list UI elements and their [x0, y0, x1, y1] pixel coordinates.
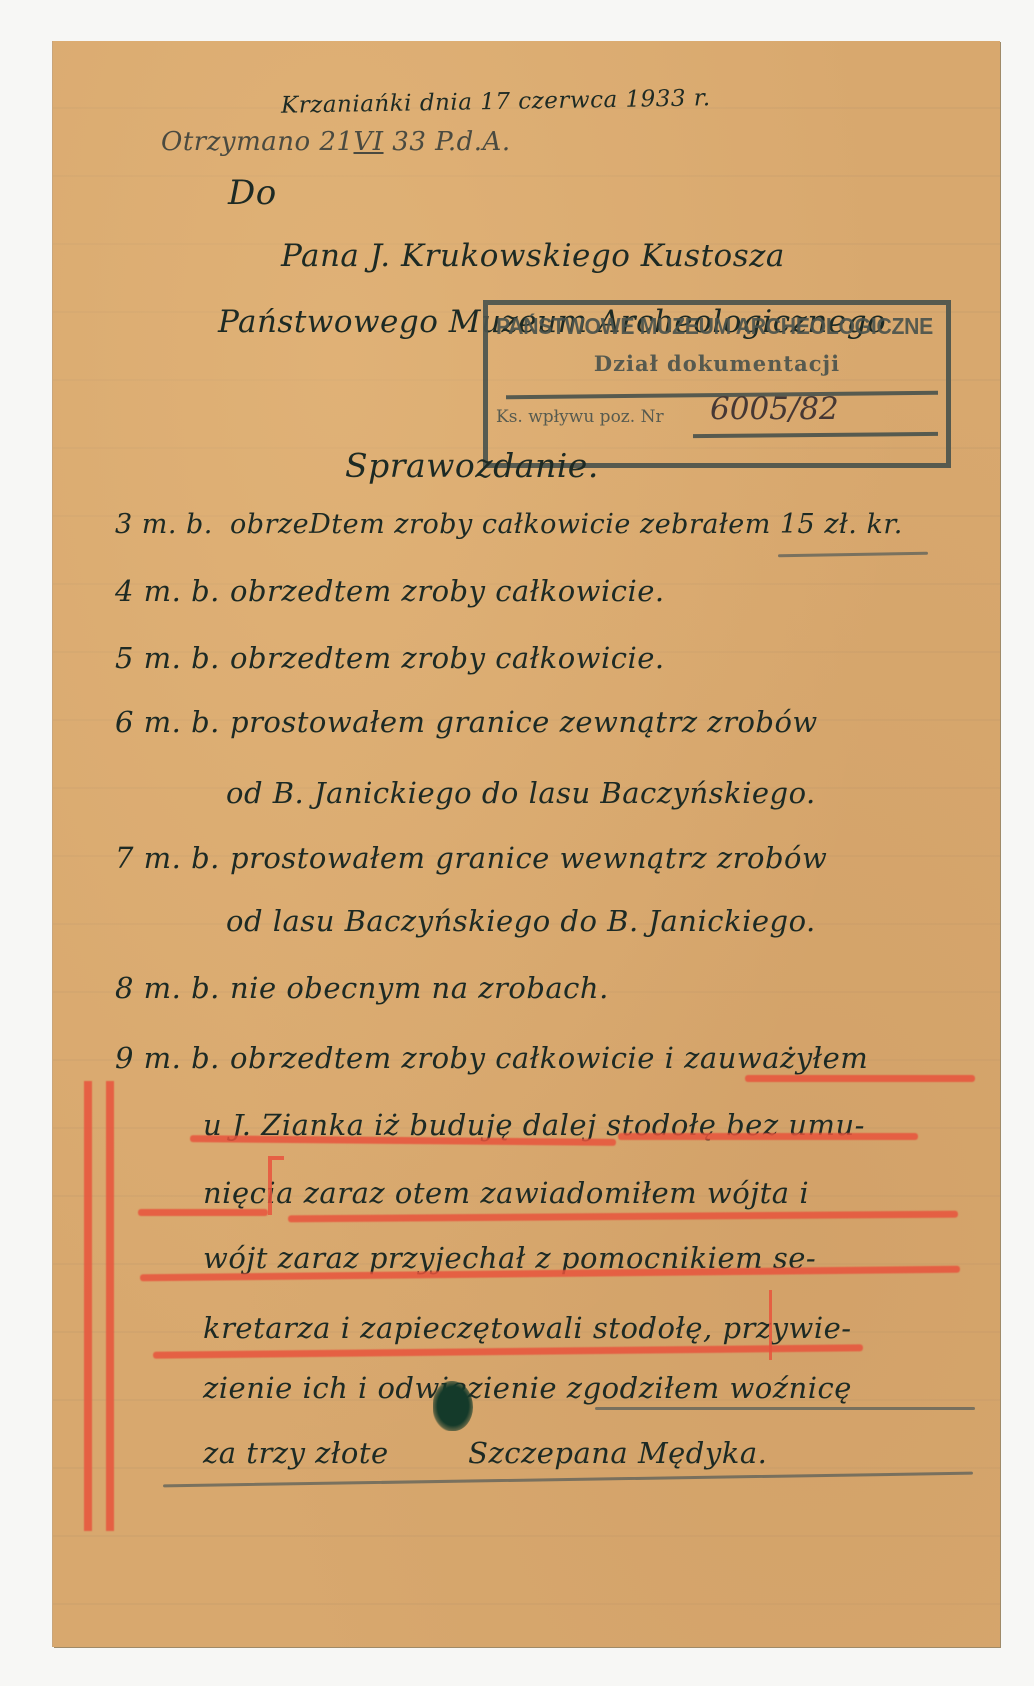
stamp-register-label: Ks. wpływu poz. Nr [496, 407, 664, 427]
final-text-before-blot: za trzy złote [203, 1436, 389, 1470]
entry-7: 7 m. b.prostowałem granice wewnątrz zrob… [115, 841, 827, 875]
entry-text: obrzedtem zroby całkowicie i zauważyłem [230, 1041, 868, 1075]
entry-number: 6 m. b. [115, 705, 230, 739]
red-tick-mark [769, 1290, 772, 1360]
entry-6: 6 m. b.prostowałem granice zewnątrz zrob… [115, 705, 818, 739]
addressee-line-1: Pana J. Krukowskiego Kustosza [281, 238, 785, 274]
ink-blot [433, 1381, 473, 1431]
stamp-number-line [693, 432, 938, 438]
entry-text: obrzedtem zroby całkowicie. [230, 574, 665, 608]
entry-9-line-4: kretarza i zapieczętowali stodołę, przyw… [203, 1311, 852, 1345]
red-bracket-mark [268, 1156, 284, 1215]
red-margin-line-right [106, 1081, 114, 1531]
entry-number: 5 m. b. [115, 641, 230, 675]
received-suffix: 33 P.d.A. [392, 127, 510, 157]
entry-9-line-2: nięcia zaraz otem zawiadomiłem wójta i [203, 1176, 809, 1210]
red-underline [745, 1075, 975, 1082]
entry-number: 8 m. b. [115, 971, 230, 1005]
red-underline [138, 1209, 268, 1216]
entry-number: 4 m. b. [115, 574, 230, 608]
entry-4: 4 m. b.obrzedtem zroby całkowicie. [115, 574, 665, 608]
red-underline [153, 1344, 863, 1358]
pencil-underline [778, 552, 928, 558]
pencil-underline [163, 1472, 973, 1488]
entry-8: 8 m. b.nie obecnym na zrobach. [115, 971, 609, 1005]
received-note: Otrzymano 21VI 33 P.d.A. [161, 127, 511, 157]
received-month: VI [353, 127, 383, 157]
entry-text: obrzeDtem zroby całkowicie zebrałem 15 z… [230, 509, 903, 540]
entry-9: 9 m. b.obrzedtem zroby całkowicie i zauw… [115, 1041, 868, 1075]
report-title: Sprawozdanie. [345, 446, 599, 485]
entry-text: obrzedtem zroby całkowicie. [230, 641, 665, 675]
museum-stamp: PAŃSTWOWE MUZEUM ARCHEOLOGICZNE Dział do… [483, 300, 951, 468]
final-text-after-blot: Szczepana Mędyka. [468, 1436, 767, 1470]
entry-5: 5 m. b.obrzedtem zroby całkowicie. [115, 641, 665, 675]
stamp-institution: PAŃSTWOWE MUZEUM ARCHEOLOGICZNE [496, 313, 933, 340]
stamp-register-number: 6005/82 [710, 391, 839, 427]
entry-number: 7 m. b. [115, 841, 230, 875]
entry-7-continuation: od lasu Baczyńskiego do B. Janickiego. [226, 904, 816, 938]
entry-6-continuation: od B. Janickiego do lasu Baczyńskiego. [226, 776, 816, 810]
entry-9-final-line: za trzy złote Szczepana Mędyka. [203, 1436, 767, 1470]
received-prefix: Otrzymano 21 [161, 127, 353, 157]
entry-number: 9 m. b. [115, 1041, 230, 1075]
red-underline [618, 1133, 918, 1140]
entry-9-line-5: zienie ich i odwiezienie zgodziłem woźni… [203, 1371, 852, 1405]
entry-text: nie obecnym na zrobach. [230, 971, 609, 1005]
salutation: Do [228, 173, 277, 213]
entry-text: prostowałem granice zewnątrz zrobów [230, 705, 818, 739]
stamp-department: Dział dokumentacji [488, 351, 946, 376]
entry-3: 3 m. b.obrzeDtem zroby całkowicie zebrał… [115, 509, 903, 540]
red-underline [288, 1211, 958, 1223]
document-paper: Krzaniańki dnia 17 czerwca 1933 r. Otrzy… [53, 41, 1000, 1647]
entry-number: 3 m. b. [115, 509, 230, 540]
red-margin-line-left [84, 1081, 92, 1531]
entry-text: prostowałem granice wewnątrz zrobów [230, 841, 827, 875]
pencil-underline [595, 1407, 975, 1410]
place-date: Krzaniańki dnia 17 czerwca 1933 r. [281, 85, 711, 118]
